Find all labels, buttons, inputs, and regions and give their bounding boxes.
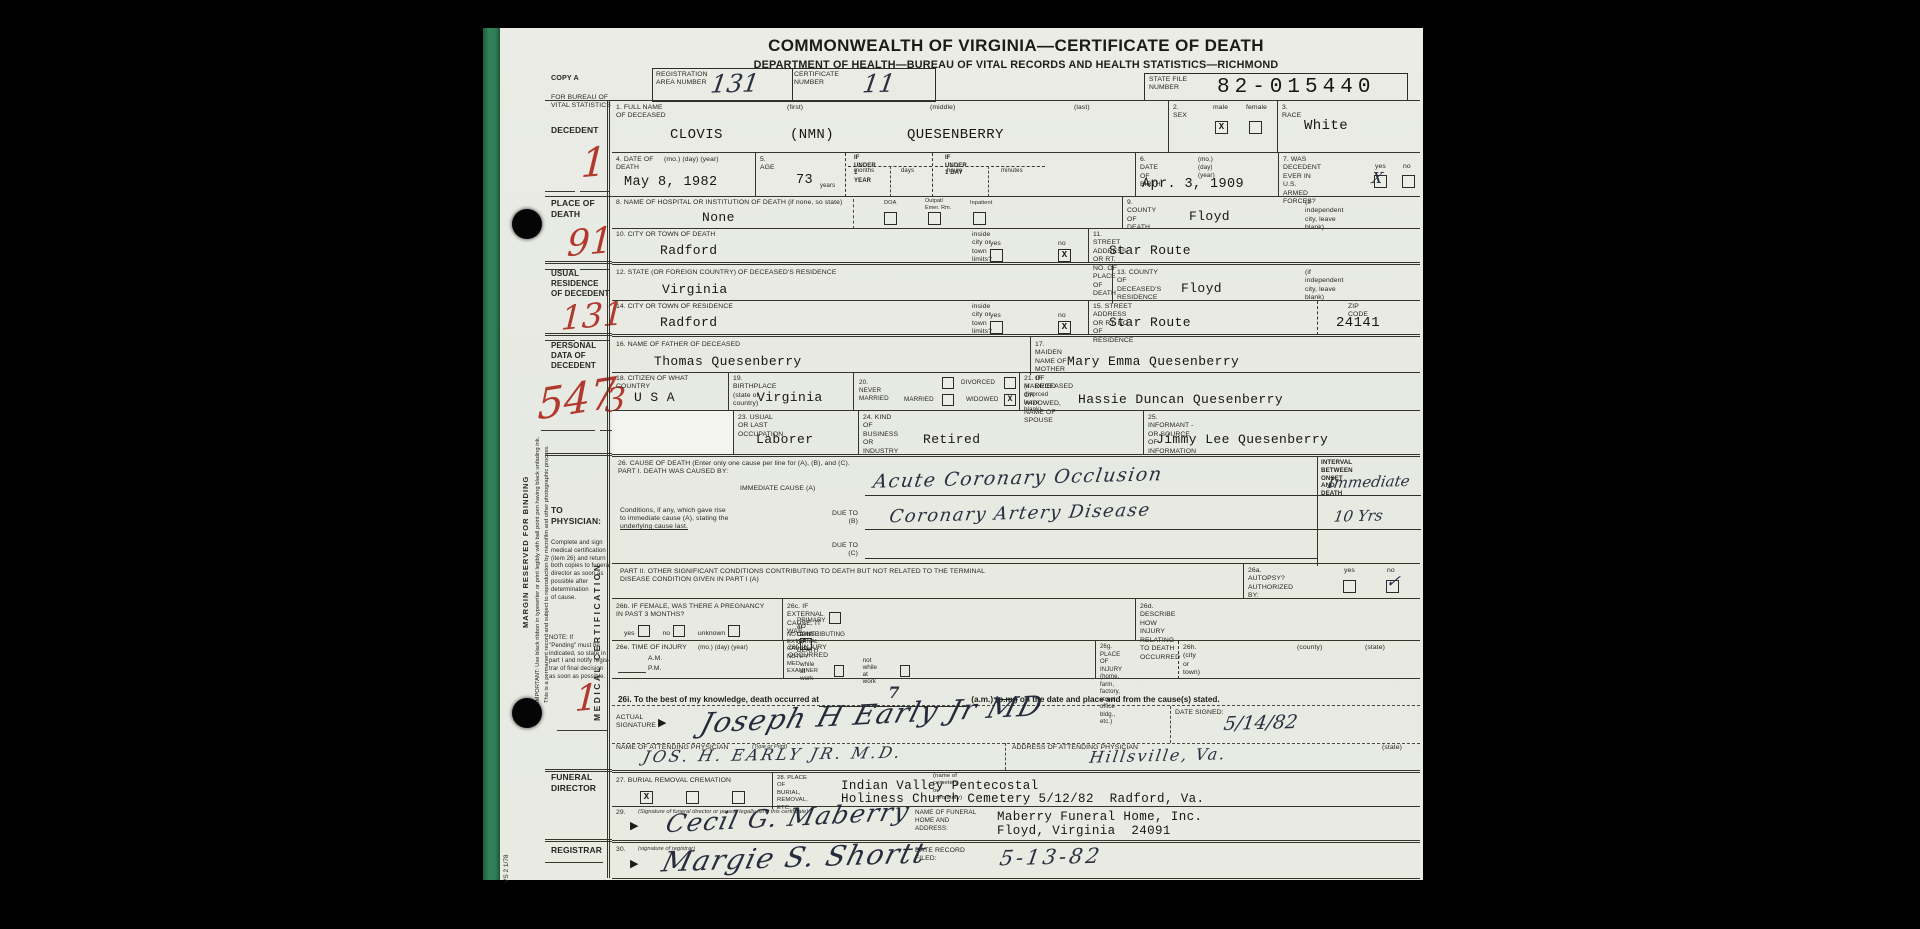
signature-arrow-icon: ▶ <box>658 716 666 729</box>
mother-value: Mary Emma Quesenberry <box>1067 355 1239 370</box>
pregnancy-unknown-checkbox <box>728 625 740 637</box>
injury-county-hint: (county) <box>1297 644 1322 652</box>
residence-county-label: 13. COUNTY OF DECEASED'S RESIDENCE <box>1117 269 1161 303</box>
under-1-year-cell: IF UNDER 1 YEAR months days <box>845 153 846 197</box>
place-of-injury-cell: 26g. PLACE OF INJURY (home, farm, factor… <box>1095 641 1096 679</box>
never-married-checkbox <box>942 377 954 389</box>
spouse-cell: 21. IF MARRIED OR WIDOWED, NAME OF SPOUS… <box>1019 373 1020 411</box>
death-limits-yes-checkbox <box>990 249 1003 262</box>
middle-name-value: (NMN) <box>790 127 834 143</box>
actual-signature-label: ACTUAL SIGNATURE <box>616 714 656 731</box>
state-file-value: 82-015440 <box>1217 76 1375 100</box>
certificate-title: COMMONWEALTH OF VIRGINIA—CERTIFICATE OF … <box>612 36 1420 56</box>
father-value: Thomas Quesenberry <box>654 355 802 370</box>
field-29-number: 29. <box>616 809 626 817</box>
widowed-checkbox: X <box>1004 394 1016 406</box>
certificate-number-box: CERTIFICATE NUMBER 11 <box>791 68 936 102</box>
date-of-birth-hint: (mo.) (day) (year) <box>1198 156 1215 179</box>
sex-cell: 2. SEX male female X <box>1168 101 1169 153</box>
registration-area-box: REGISTRATION AREA NUMBER 131 <box>652 68 793 102</box>
at-work-checkbox <box>834 665 843 677</box>
residence-limits-no-label: no <box>1058 312 1066 320</box>
middle-hint: (middle) <box>930 104 955 112</box>
binding-strip <box>483 28 500 880</box>
form-number: VS 2 1/78 <box>503 803 510 883</box>
married-checkbox <box>942 394 954 406</box>
pregnancy-yes-checkbox <box>638 625 650 637</box>
hole-punch-bottom <box>512 698 542 728</box>
cause-a-value: Acute Coronary Occlusion <box>872 463 1165 493</box>
zip-cell: ZIP CODE 24141 <box>1317 301 1318 335</box>
injury-description-cell: 26d. DESCRIBE HOW INJURY RELATING TO DEA… <box>1135 599 1136 641</box>
registrar-signature: Margie S. Shortt <box>659 836 931 878</box>
county-of-death-cell: 9. COUNTY OF DEATH (if independent city,… <box>1122 197 1123 229</box>
row-26b-26c-26d: 26b. IF FEMALE, WAS THERE A PREGNANCY IN… <box>612 598 1420 641</box>
race-value: White <box>1304 118 1348 134</box>
primary-checkbox <box>829 612 841 624</box>
row-funeral-signature: 29. (Signature of funeral director or pe… <box>612 806 1420 841</box>
stub-funeral-director: FUNERAL DIRECTOR <box>551 772 596 793</box>
stub-personal-data: PERSONAL DATA OF DECEDENT <box>551 341 596 371</box>
forces-yes-mark: X <box>1371 169 1384 187</box>
row-date-of-death: 4. DATE OF DEATH (mo.) (day) (year) May … <box>612 152 1420 197</box>
residence-state-label: 12. STATE (OR FOREIGN COUNTRY) OF DECEAS… <box>616 269 836 277</box>
death-certificate-scan: MARGIN RESERVED FOR BINDING IMPORTANT: U… <box>483 28 1423 880</box>
copy-a-label: COPY A <box>551 73 579 82</box>
months-label: months <box>854 168 874 176</box>
injury-city-cell: 26h. (city or town) (county) (state) <box>1178 641 1179 679</box>
conditions-note-1: Conditions, if any, which gave rise to i… <box>620 507 729 524</box>
row-occupation: 23. USUAL OR LAST OCCUPATION Laborer 24.… <box>612 410 1420 455</box>
married-label: MARRIED <box>904 396 934 404</box>
city-of-death-label: 10. CITY OR TOWN OF DEATH <box>616 231 715 239</box>
registration-area-label: REGISTRATION AREA NUMBER <box>656 71 708 88</box>
row-full-name: 1. FULL NAME OF DECEASED (first) (middle… <box>612 100 1420 153</box>
cause-b-value: Coronary Artery Disease <box>888 500 1152 528</box>
injury-state-hint: (state) <box>1365 644 1385 652</box>
external-cause-cell: 26c. IF EXTERNAL CAUSE, IT WAS PRIMARY o… <box>782 599 783 641</box>
days-label: days <box>901 168 914 176</box>
removal-checkbox <box>686 791 699 804</box>
date-of-birth-value: Apr. 3, 1909 <box>1142 177 1244 193</box>
row-residence-state: 12. STATE (OR FOREIGN COUNTRY) OF DECEAS… <box>612 262 1420 303</box>
under-1-day-cell: IF UNDER 1 DAY hours minutes <box>932 153 933 197</box>
citizen-value: U S A <box>634 391 675 406</box>
business-label: 24. KIND OF BUSINESS OR INDUSTRY <box>863 414 898 456</box>
not-at-work-checkbox <box>900 665 909 677</box>
residence-limits-yes-label: yes <box>990 312 1001 320</box>
interval-b-value: 10 Yrs <box>1333 506 1385 525</box>
row-cause-of-death: 26. CAUSE OF DEATH (Enter only one cause… <box>612 454 1420 566</box>
hours-label: hours <box>947 168 963 176</box>
inpatient-checkbox <box>973 212 986 225</box>
immediate-cause-label: IMMEDIATE CAUSE (A) <box>740 485 815 493</box>
residence-city-value: Radford <box>660 316 717 331</box>
registration-area-value: 131 <box>709 68 761 98</box>
whiteout-patch <box>612 411 733 455</box>
city-of-death-value: Radford <box>660 244 717 259</box>
date-of-death-value: May 8, 1982 <box>624 175 718 191</box>
date-signed-value: 5/14/82 <box>1222 711 1299 735</box>
stub-decedent: DECEDENT <box>551 125 599 136</box>
time-of-injury-hint: (mo.) (day) (year) <box>698 644 748 652</box>
residence-county-value: Floyd <box>1181 282 1222 297</box>
hole-punch-top <box>512 209 542 239</box>
first-name-value: CLOVIS <box>670 127 723 143</box>
conditions-note-2: underlying cause last. <box>620 523 688 531</box>
informant-value: Jimmy Lee Quesenberry <box>1156 433 1328 448</box>
due-to-b-label: DUE TO (B) <box>808 510 858 527</box>
last-name-value: QUESENBERRY <box>907 127 1004 143</box>
age-label: 5. AGE <box>760 156 775 173</box>
widowed-label: WIDOWED <box>966 396 999 404</box>
business-cell: 24. KIND OF BUSINESS OR INDUSTRY Retired <box>858 411 859 455</box>
outpatient-label: Outpat/ Emer. Rm. <box>925 198 951 212</box>
death-limits-no-checkbox: X <box>1058 249 1071 262</box>
county-of-death-value: Floyd <box>1189 210 1230 225</box>
funeral-home-line2: Floyd, Virginia 24091 <box>997 824 1171 838</box>
spouse-value: Hassie Duncan Quesenberry <box>1078 393 1283 408</box>
row-registrar: 30. (signature of registrar) ▶ Margie S.… <box>612 840 1420 881</box>
date-filed-value: 5-13-82 <box>998 844 1104 871</box>
date-of-death-hint: (mo.) (day) (year) <box>664 156 719 164</box>
margin-binding-text: MARGIN RESERVED FOR BINDING <box>521 318 530 628</box>
residence-street-cell: 15. STREET ADDRESS OR RT. NO. OF RESIDEN… <box>1088 301 1089 335</box>
female-checkbox <box>1249 121 1262 134</box>
date-signed-label: DATE SIGNED: <box>1175 709 1224 717</box>
funeral-arrow-icon: ▶ <box>630 819 638 832</box>
state-file-box: STATE FILE NUMBER 82-015440 <box>1144 73 1408 101</box>
never-married-label: 20. NEVER MARRIED <box>859 379 889 403</box>
cremation-checkbox <box>732 791 745 804</box>
death-limits-yes-label: yes <box>990 240 1001 248</box>
attending-physician-value: JOS. H. EARLY JR. M.D. <box>641 743 905 767</box>
age-value: 73 <box>796 173 813 189</box>
residence-street-value: Star Route <box>1109 316 1191 331</box>
row-part-ii: PART II. OTHER SIGNIFICANT CONDITIONS CO… <box>612 563 1420 599</box>
row-citizen-marital: 18. CITIZEN OF WHAT COUNTRY U S A 19. BI… <box>612 372 1420 411</box>
pregnancy-options: yes no unknown <box>624 625 743 637</box>
due-to-c-label: DUE TO (C) <box>808 542 858 559</box>
autopsy-yes-checkbox <box>1343 580 1356 593</box>
field-30-number: 30. <box>616 846 626 854</box>
male-label: male <box>1213 104 1228 112</box>
forces-no-checkbox <box>1402 175 1415 188</box>
doa-label: DOA <box>884 200 896 207</box>
bureau-label: FOR BUREAU OF VITAL STATISTICS <box>551 94 611 111</box>
row-city-of-residence: 14. CITY OR TOWN OF RESIDENCE Radford in… <box>612 300 1420 335</box>
mother-cell: 17. MAIDEN NAME OF MOTHER OF DECEASED Ma… <box>1030 337 1031 375</box>
divorced-label: DIVORCED <box>961 379 995 387</box>
forces-no-label: no <box>1403 163 1411 171</box>
residence-limits-label: inside city or town limits? <box>972 303 992 337</box>
date-filed-label: DATE RECORD FILED: <box>915 847 965 864</box>
injury-occurred-cell: 26f. INJURY OCCURRED while at work not w… <box>783 641 784 679</box>
am-label: A.M. <box>648 655 662 663</box>
form-grid: 1. FULL NAME OF DECEASED (first) (middle… <box>612 100 1420 879</box>
divorced-checkbox <box>1004 377 1016 389</box>
business-value: Retired <box>923 433 980 448</box>
residence-county-hint: (if independent city, leave blank) <box>1305 269 1344 303</box>
margin-important-text-1: IMPORTANT: Use black ribbon in typewrite… <box>535 263 541 703</box>
armed-forces-cell: 7. WAS DECEDENT EVER IN U.S. ARMED FORCE… <box>1278 153 1279 197</box>
first-hint: (first) <box>787 104 803 112</box>
medical-certification-vertical-label: MEDICAL CERTIFICATION <box>592 476 602 721</box>
row-26e-26h: 26e. TIME OF INJURY (mo.) (day) (year) A… <box>612 640 1420 679</box>
burial-checkbox: X <box>640 791 653 804</box>
occupation-value: Laborer <box>756 433 813 448</box>
full-name-label: 1. FULL NAME OF DECEASED <box>616 104 666 121</box>
residence-state-value: Virginia <box>662 283 728 298</box>
male-checkbox: X <box>1215 121 1228 134</box>
cause-of-death-label: 26. CAUSE OF DEATH (Enter only one cause… <box>618 460 850 477</box>
autopsy-yes-label: yes <box>1344 567 1355 575</box>
hospital-value: None <box>702 211 735 226</box>
row-parents: 16. NAME OF FATHER OF DECEASED Thomas Qu… <box>612 334 1420 375</box>
funeral-home-label: NAME OF FUNERAL HOME AND ADDRESS: <box>915 809 976 833</box>
pm-label: P.M. <box>648 665 662 673</box>
race-label: 3. RACE <box>1282 104 1301 121</box>
interval-column: INTERVAL BETWEEN ONSET AND DEATH Immedia… <box>1317 457 1318 566</box>
stub-place-of-death: PLACE OF DEATH <box>551 198 595 219</box>
state-file-label: STATE FILE NUMBER <box>1149 76 1187 93</box>
certificate-number-value: 11 <box>861 69 897 99</box>
certificate-number-label: CERTIFICATE NUMBER <box>794 71 839 88</box>
funeral-home-line1: Maberry Funeral Home, Inc. <box>997 810 1202 824</box>
injury-city-label: 26h. (city or town) <box>1183 644 1200 678</box>
birthplace-value: Virginia <box>757 391 823 406</box>
residence-city-label: 14. CITY OR TOWN OF RESIDENCE <box>616 303 733 311</box>
years-label: years <box>820 183 835 191</box>
outpatient-checkbox <box>928 212 941 225</box>
death-limits-label: inside city or town limits? <box>972 231 992 265</box>
row-hospital: 8. NAME OF HOSPITAL OR INSTITUTION OF DE… <box>612 196 1420 229</box>
death-limits-no-label: no <box>1058 240 1066 248</box>
pregnancy-label: 26b. IF FEMALE, WAS THERE A PREGNANCY IN… <box>616 603 764 620</box>
informant-cell: 25. INFORMANT - OR SOURCE OF INFORMATION… <box>1143 411 1144 455</box>
death-street-cell: 11. STREET ADDRESS OR RT. NO. OF PLACE O… <box>1088 229 1089 263</box>
residence-county-cell: 13. COUNTY OF DECEASED'S RESIDENCE (if i… <box>1112 265 1113 303</box>
zip-value: 24141 <box>1336 315 1380 331</box>
row-city-of-death: 10. CITY OR TOWN OF DEATH Radford inside… <box>612 228 1420 263</box>
interval-a-value: Immediate <box>1326 472 1411 492</box>
attending-address-value: Hillsville, Va. <box>1088 744 1228 767</box>
autopsy-cell: 26a. AUTOPSY? AUTHORIZED BY: yes no ✓ <box>1243 564 1244 599</box>
sex-label: 2. SEX <box>1173 104 1187 121</box>
minutes-label: minutes <box>1001 168 1023 176</box>
part-ii-label: PART II. OTHER SIGNIFICANT CONDITIONS CO… <box>620 568 985 585</box>
inpatient-label: Inpatient <box>970 200 992 207</box>
row-attending-physician: NAME OF ATTENDING PHYSICIAN (Type or Pri… <box>612 743 1420 770</box>
birthplace-cell: 19. BIRTHPLACE (state or country) Virgin… <box>728 373 729 411</box>
registrar-arrow-icon: ▶ <box>630 857 638 870</box>
last-hint: (last) <box>1074 104 1090 112</box>
time-of-injury-label: 26e. TIME OF INJURY <box>616 644 687 652</box>
race-cell: 3. RACE White <box>1277 101 1278 153</box>
residence-limits-no-checkbox: X <box>1058 321 1071 334</box>
doa-checkbox <box>884 212 897 225</box>
death-street-value: Star Route <box>1109 244 1191 259</box>
burial-removal-cremation-label: 27. BURIAL REMOVAL CREMATION <box>616 777 731 785</box>
autopsy-label: 26a. AUTOPSY? AUTHORIZED BY: <box>1248 567 1293 601</box>
date-of-death-label: 4. DATE OF DEATH <box>616 156 654 173</box>
father-label: 16. NAME OF FATHER OF DECEASED <box>616 341 740 349</box>
marital-status-cell: 20. NEVER MARRIED DIVORCED MARRIED WIDOW… <box>853 373 854 411</box>
stub-red-1: 1 <box>580 139 608 188</box>
date-of-birth-cell: 6. DATE OF BIRTH (mo.) (day) (year) Apr.… <box>1135 153 1136 197</box>
female-label: female <box>1246 104 1267 112</box>
row-physician-signature: ACTUAL SIGNATURE ▶ Joseph H Early Jr MD … <box>612 705 1420 744</box>
attending-state-hint: (state) <box>1382 744 1402 752</box>
residence-limits-yes-checkbox <box>990 321 1003 334</box>
autopsy-no-mark: ✓ <box>1384 572 1401 592</box>
row-burial: 27. BURIAL REMOVAL CREMATION X 28. PLACE… <box>612 770 1420 809</box>
occupation-cell: 23. USUAL OR LAST OCCUPATION Laborer <box>733 411 734 455</box>
pregnancy-no-checkbox <box>673 625 685 637</box>
stub-registrar: REGISTRAR <box>551 845 602 856</box>
age-cell: 5. AGE 73 years <box>755 153 756 197</box>
